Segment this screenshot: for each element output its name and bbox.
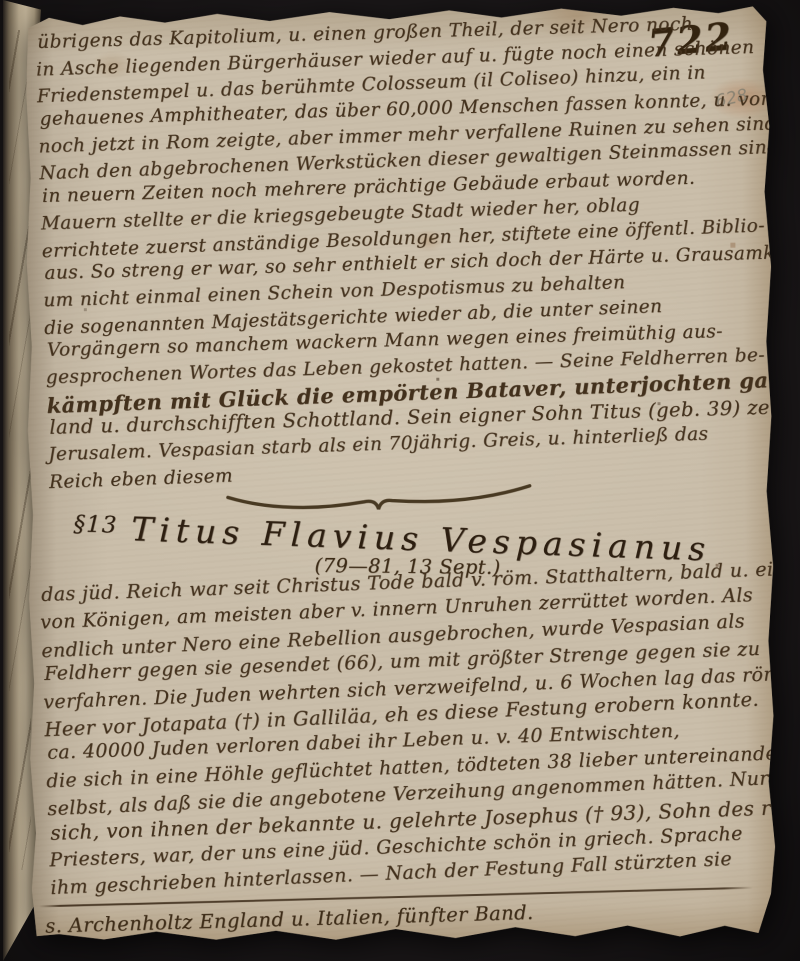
page-wrap: 722 628 übrigens das Kapitolium, u. eine… — [23, 4, 778, 945]
paragraph-1: übrigens das Kapitolium, u. einen großen… — [35, 6, 800, 494]
manuscript-page: 722 628 übrigens das Kapitolium, u. eine… — [23, 4, 778, 945]
paragraph-2: das jüd. Reich war seit Christus Tode ba… — [39, 552, 800, 900]
paper-specks — [23, 10, 24, 11]
manuscript-photo: 722 628 übrigens das Kapitolium, u. eine… — [0, 0, 800, 961]
footnote: s. Archenholtz England u. Italien, fünft… — [45, 901, 534, 938]
section-mark: §13 — [73, 511, 118, 539]
